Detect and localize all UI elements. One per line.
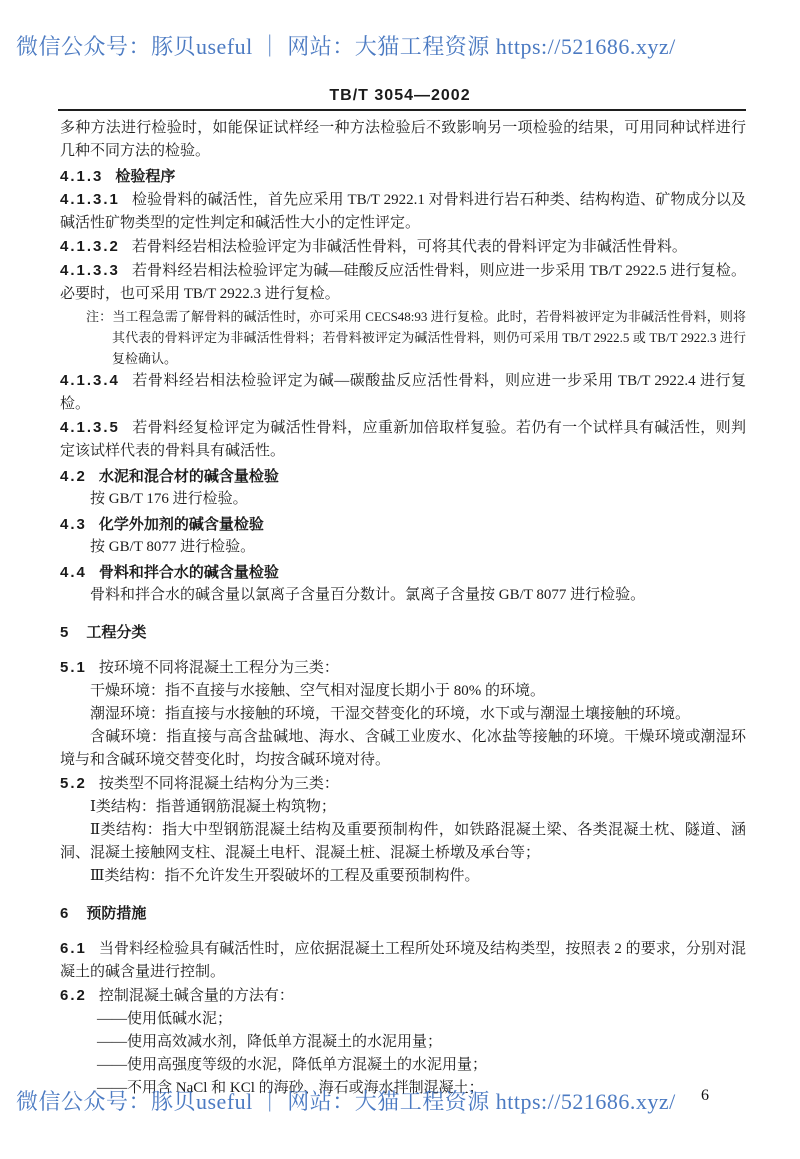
paragraph-text: 含碱环境：指直接与高含盐碱地、海水、含碱工业废水、化冰盐等接触的环境。干燥环境或…: [60, 729, 746, 768]
watermark-top: 微信公众号：豚贝useful ｜ 网站：大猫工程资源 https://52168…: [16, 30, 676, 61]
clause-number: 4.1.3: [60, 168, 103, 185]
clause-number: 6.2: [60, 987, 87, 1004]
clause-number: 4.1.3.4: [60, 372, 120, 389]
clause-5-2: 5.2按类型不同将混凝土结构分为三类：: [60, 772, 746, 796]
clause-number: 5.1: [60, 659, 87, 676]
clause-number: 4.1.3.3: [60, 262, 120, 279]
paragraph-text: 干燥环境：指不直接与水接触、空气相对湿度长期小于 80% 的环境。: [90, 683, 545, 699]
clause-number: 4.2: [60, 468, 87, 485]
clause-6-1: 6.1当骨料经检验具有碱活性时，应依据混凝土工程所处环境及结构类型，按照表 2 …: [60, 937, 746, 984]
paragraph-text: 按 GB/T 8077 进行检验。: [90, 539, 255, 555]
heading-text: 化学外加剂的碱含量检验: [99, 516, 264, 533]
clause-text: 若骨料经岩相法检验评定为碱—碳酸盐反应活性骨料，则应进一步采用 TB/T 292…: [60, 373, 746, 412]
body-paragraph: 骨料和拌合水的碱含量以氯离子含量百分数计。氯离子含量按 GB/T 8077 进行…: [60, 584, 746, 607]
paragraph-text: 骨料和拌合水的碱含量以氯离子含量百分数计。氯离子含量按 GB/T 8077 进行…: [90, 587, 645, 603]
paragraph-text: 潮湿环境：指直接与水接触的环境，干湿交替变化的环境，水下或与潮湿土壤接触的环境。: [90, 706, 690, 722]
definition-class-3-structure: Ⅲ类结构：指不允许发生开裂破坏的工程及重要预制构件。: [60, 865, 746, 888]
heading-text: 工程分类: [86, 624, 146, 641]
clause-4-1-3-4: 4.1.3.4若骨料经岩相法检验评定为碱—碳酸盐反应活性骨料，则应进一步采用 T…: [60, 369, 746, 416]
list-item-text: ——使用高强度等级的水泥，降低单方混凝土的水泥用量；: [97, 1057, 487, 1073]
body-paragraph: 按 GB/T 176 进行检验。: [60, 488, 746, 511]
clause-heading-4-2: 4.2水泥和混合材的碱含量检验: [60, 465, 746, 488]
clause-4-1-3-2: 4.1.3.2若骨料经岩相法检验评定为非碱活性骨料，可将其代表的骨料评定为非碱活…: [60, 235, 746, 259]
list-item-text: ——使用低碱水泥；: [97, 1011, 232, 1027]
note-label: 注：: [86, 309, 112, 324]
definition-humid-environment: 潮湿环境：指直接与水接触的环境，干湿交替变化的环境，水下或与潮湿土壤接触的环境。: [60, 703, 746, 726]
clause-5-1: 5.1按环境不同将混凝土工程分为三类：: [60, 656, 746, 680]
paragraph-text: Ⅲ类结构：指不允许发生开裂破坏的工程及重要预制构件。: [90, 868, 479, 884]
paragraph-text: Ⅱ类结构：指大中型钢筋混凝土结构及重要预制构件，如铁路混凝土梁、各类混凝土枕、隧…: [60, 822, 746, 861]
heading-text: 预防措施: [86, 905, 146, 922]
clause-text: 控制混凝土碱含量的方法有：: [99, 988, 294, 1004]
clause-number: 4.1.3.2: [60, 238, 120, 255]
section-heading-6: 6预防措施: [60, 902, 746, 925]
dash-list-item: ——使用低碱水泥；: [60, 1008, 746, 1031]
clause-heading-4-1-3: 4.1.3检验程序: [60, 165, 746, 188]
definition-class-2-structure: Ⅱ类结构：指大中型钢筋混凝土结构及重要预制构件，如铁路混凝土梁、各类混凝土枕、隧…: [60, 819, 746, 865]
standard-code-header: TB/T 3054—2002: [0, 87, 800, 105]
paragraph-text: 按 GB/T 176 进行检验。: [90, 491, 248, 507]
clause-heading-4-4: 4.4骨料和拌合水的碱含量检验: [60, 561, 746, 584]
definition-dry-environment: 干燥环境：指不直接与水接触、空气相对湿度长期小于 80% 的环境。: [60, 680, 746, 703]
clause-4-1-3-1: 4.1.3.1检验骨料的碱活性，首先应采用 TB/T 2922.1 对骨料进行岩…: [60, 188, 746, 235]
page-number: 6: [701, 1087, 709, 1105]
dash-list-item: ——使用高强度等级的水泥，降低单方混凝土的水泥用量；: [60, 1054, 746, 1077]
clause-text: 若骨料经岩相法检验评定为非碱活性骨料，可将其代表的骨料评定为非碱活性骨料。: [132, 239, 687, 255]
clause-number: 4.1.3.1: [60, 191, 120, 208]
clause-number: 6.1: [60, 940, 87, 957]
clause-4-1-3-5: 4.1.3.5若骨料经复检评定为碱活性骨料，应重新加倍取样复验。若仍有一个试样具…: [60, 416, 746, 463]
section-heading-5: 5工程分类: [60, 621, 746, 644]
note-paragraph: 注：当工程急需了解骨料的碱活性时，亦可采用 CECS48:93 进行复检。此时，…: [60, 306, 746, 369]
clause-number: 4.1.3.5: [60, 419, 120, 436]
note-text: 当工程急需了解骨料的碱活性时，亦可采用 CECS48:93 进行复检。此时，若骨…: [112, 309, 746, 366]
clause-text: 当骨料经检验具有碱活性时，应依据混凝土工程所处环境及结构类型，按照表 2 的要求…: [60, 941, 746, 980]
clause-number: 4.4: [60, 564, 87, 581]
clause-text: 若骨料经复检评定为碱活性骨料，应重新加倍取样复验。若仍有一个试样具有碱活性，则判…: [60, 420, 746, 459]
section-number: 6: [60, 905, 70, 922]
clause-6-2: 6.2控制混凝土碱含量的方法有：: [60, 984, 746, 1008]
definition-class-1-structure: Ⅰ类结构：指普通钢筋混凝土构筑物；: [60, 796, 746, 819]
clause-text: 检验骨料的碱活性，首先应采用 TB/T 2922.1 对骨料进行岩石种类、结构构…: [60, 192, 746, 231]
heading-text: 骨料和拌合水的碱含量检验: [99, 564, 279, 581]
definition-alkaline-environment: 含碱环境：指直接与高含盐碱地、海水、含碱工业废水、化冰盐等接触的环境。干燥环境或…: [60, 726, 746, 772]
watermark-bottom: 微信公众号：豚贝useful ｜ 网站：大猫工程资源 https://52168…: [16, 1085, 676, 1116]
document-page: 微信公众号：豚贝useful ｜ 网站：大猫工程资源 https://52168…: [0, 0, 800, 1159]
paragraph-text: 多种方法进行检验时，如能保证试样经一种方法检验后不致影响另一项检验的结果，可用同…: [60, 120, 746, 159]
document-body: 多种方法进行检验时，如能保证试样经一种方法检验后不致影响另一项检验的结果，可用同…: [60, 117, 746, 1100]
header-rule: [58, 109, 746, 111]
clause-text: 按环境不同将混凝土工程分为三类：: [99, 660, 339, 676]
clause-number: 4.3: [60, 516, 87, 533]
list-item-text: ——使用高效减水剂，降低单方混凝土的水泥用量；: [97, 1034, 442, 1050]
paragraph-text: Ⅰ类结构：指普通钢筋混凝土构筑物；: [90, 799, 336, 815]
section-number: 5: [60, 624, 70, 641]
clause-text: 若骨料经岩相法检验评定为碱—硅酸反应活性骨料，则应进一步采用 TB/T 2922…: [60, 263, 746, 302]
clause-number: 5.2: [60, 775, 87, 792]
body-paragraph: 按 GB/T 8077 进行检验。: [60, 536, 746, 559]
heading-text: 水泥和混合材的碱含量检验: [99, 468, 279, 485]
clause-heading-4-3: 4.3化学外加剂的碱含量检验: [60, 513, 746, 536]
heading-text: 检验程序: [115, 168, 175, 185]
intro-paragraph: 多种方法进行检验时，如能保证试样经一种方法检验后不致影响另一项检验的结果，可用同…: [60, 117, 746, 163]
clause-4-1-3-3: 4.1.3.3若骨料经岩相法检验评定为碱—硅酸反应活性骨料，则应进一步采用 TB…: [60, 259, 746, 306]
dash-list-item: ——使用高效减水剂，降低单方混凝土的水泥用量；: [60, 1031, 746, 1054]
clause-text: 按类型不同将混凝土结构分为三类：: [99, 776, 339, 792]
